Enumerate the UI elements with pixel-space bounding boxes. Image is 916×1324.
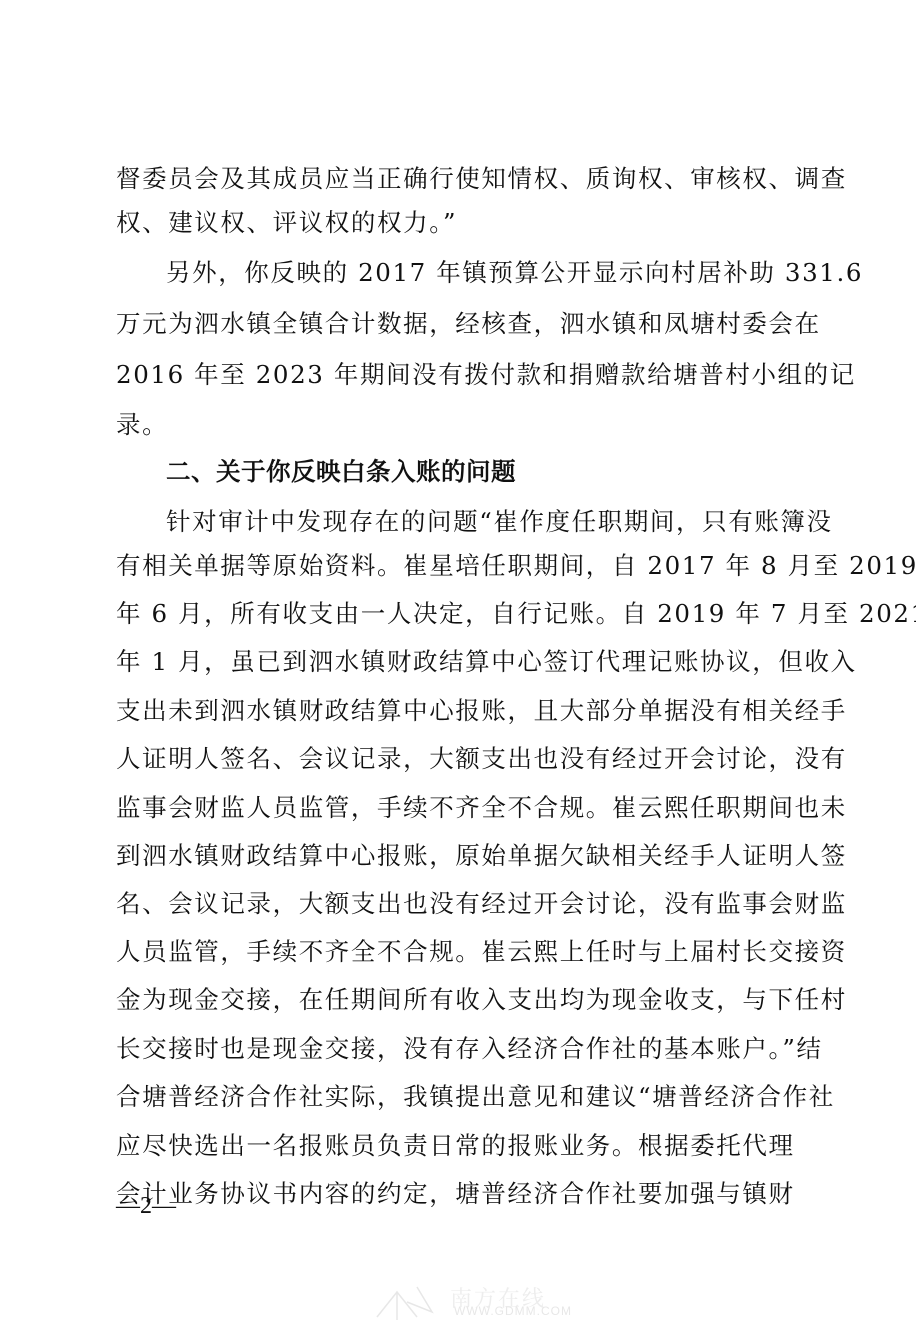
page-number: —2— [116,1193,176,1220]
text-line: 督委员会及其成员应当正确行使知情权、质询权、审核权、调查 [116,163,802,195]
text-line: 录。 [116,409,802,441]
text-line: 监事会财监人员监管，手续不齐全不合规。崔云熙任职期间也未 [116,792,802,824]
text-line: 会计业务协议书内容的约定，塘普经济合作社要加强与镇财 [116,1178,802,1210]
text-line: 万元为泗水镇全镇合计数据，经核查，泗水镇和凤塘村委会在 [116,308,802,340]
text-line: 合塘普经济合作社实际，我镇提出意见和建议“塘普经济合作社 [116,1081,802,1113]
watermark-url: WWW.GDMM.COM [454,1304,572,1318]
text-line: 针对审计中发现存在的问题“崔作度任职期间，只有账簿没 [166,506,852,538]
text-line: 人员监管，手续不齐全不合规。崔云熙上任时与上届村长交接资 [116,936,802,968]
text-line: 权、建议权、评议权的权力。” [116,207,802,239]
text-line: 2016 年至 2023 年期间没有拨付款和捐赠款给塘普村小组的记 [116,359,802,391]
text-line: 年 1 月，虽已到泗水镇财政结算中心签订代理记账协议，但收入 [116,646,802,678]
watermark: 南方在线 WWW.GDMM.COM [372,1282,572,1322]
text-line: 年 6 月，所有收支由一人决定，自行记账。自 2019 年 7 月至 2021 [116,598,802,630]
text-line: 到泗水镇财政结算中心报账，原始单据欠缺相关经手人证明人签 [116,840,802,872]
text-line: 金为现金交接，在任期间所有收入支出均为现金收支，与下任村 [116,984,802,1016]
text-line: 有相关单据等原始资料。崔星培任职期间，自 2017 年 8 月至 2019 [116,550,802,582]
text-line: 另外，你反映的 2017 年镇预算公开显示向村居补助 331.6 [166,257,852,289]
document-page: 督委员会及其成员应当正确行使知情权、质询权、审核权、调查权、建议权、评议权的权力… [0,0,916,1324]
text-line: 支出未到泗水镇财政结算中心报账，且大部分单据没有相关经手 [116,695,802,727]
text-line: 人证明人签名、会议记录，大额支出也没有经过开会讨论，没有 [116,743,802,775]
watermark-logo-icon [372,1282,442,1322]
text-line: 应尽快选出一名报账员负责日常的报账业务。根据委托代理 [116,1130,802,1162]
section-heading: 二、关于你反映白条入账的问题 [166,456,852,488]
text-line: 长交接时也是现金交接，没有存入经济合作社的基本账户。”结 [116,1033,802,1065]
text-line: 名、会议记录，大额支出也没有经过开会讨论，没有监事会财监 [116,888,802,920]
